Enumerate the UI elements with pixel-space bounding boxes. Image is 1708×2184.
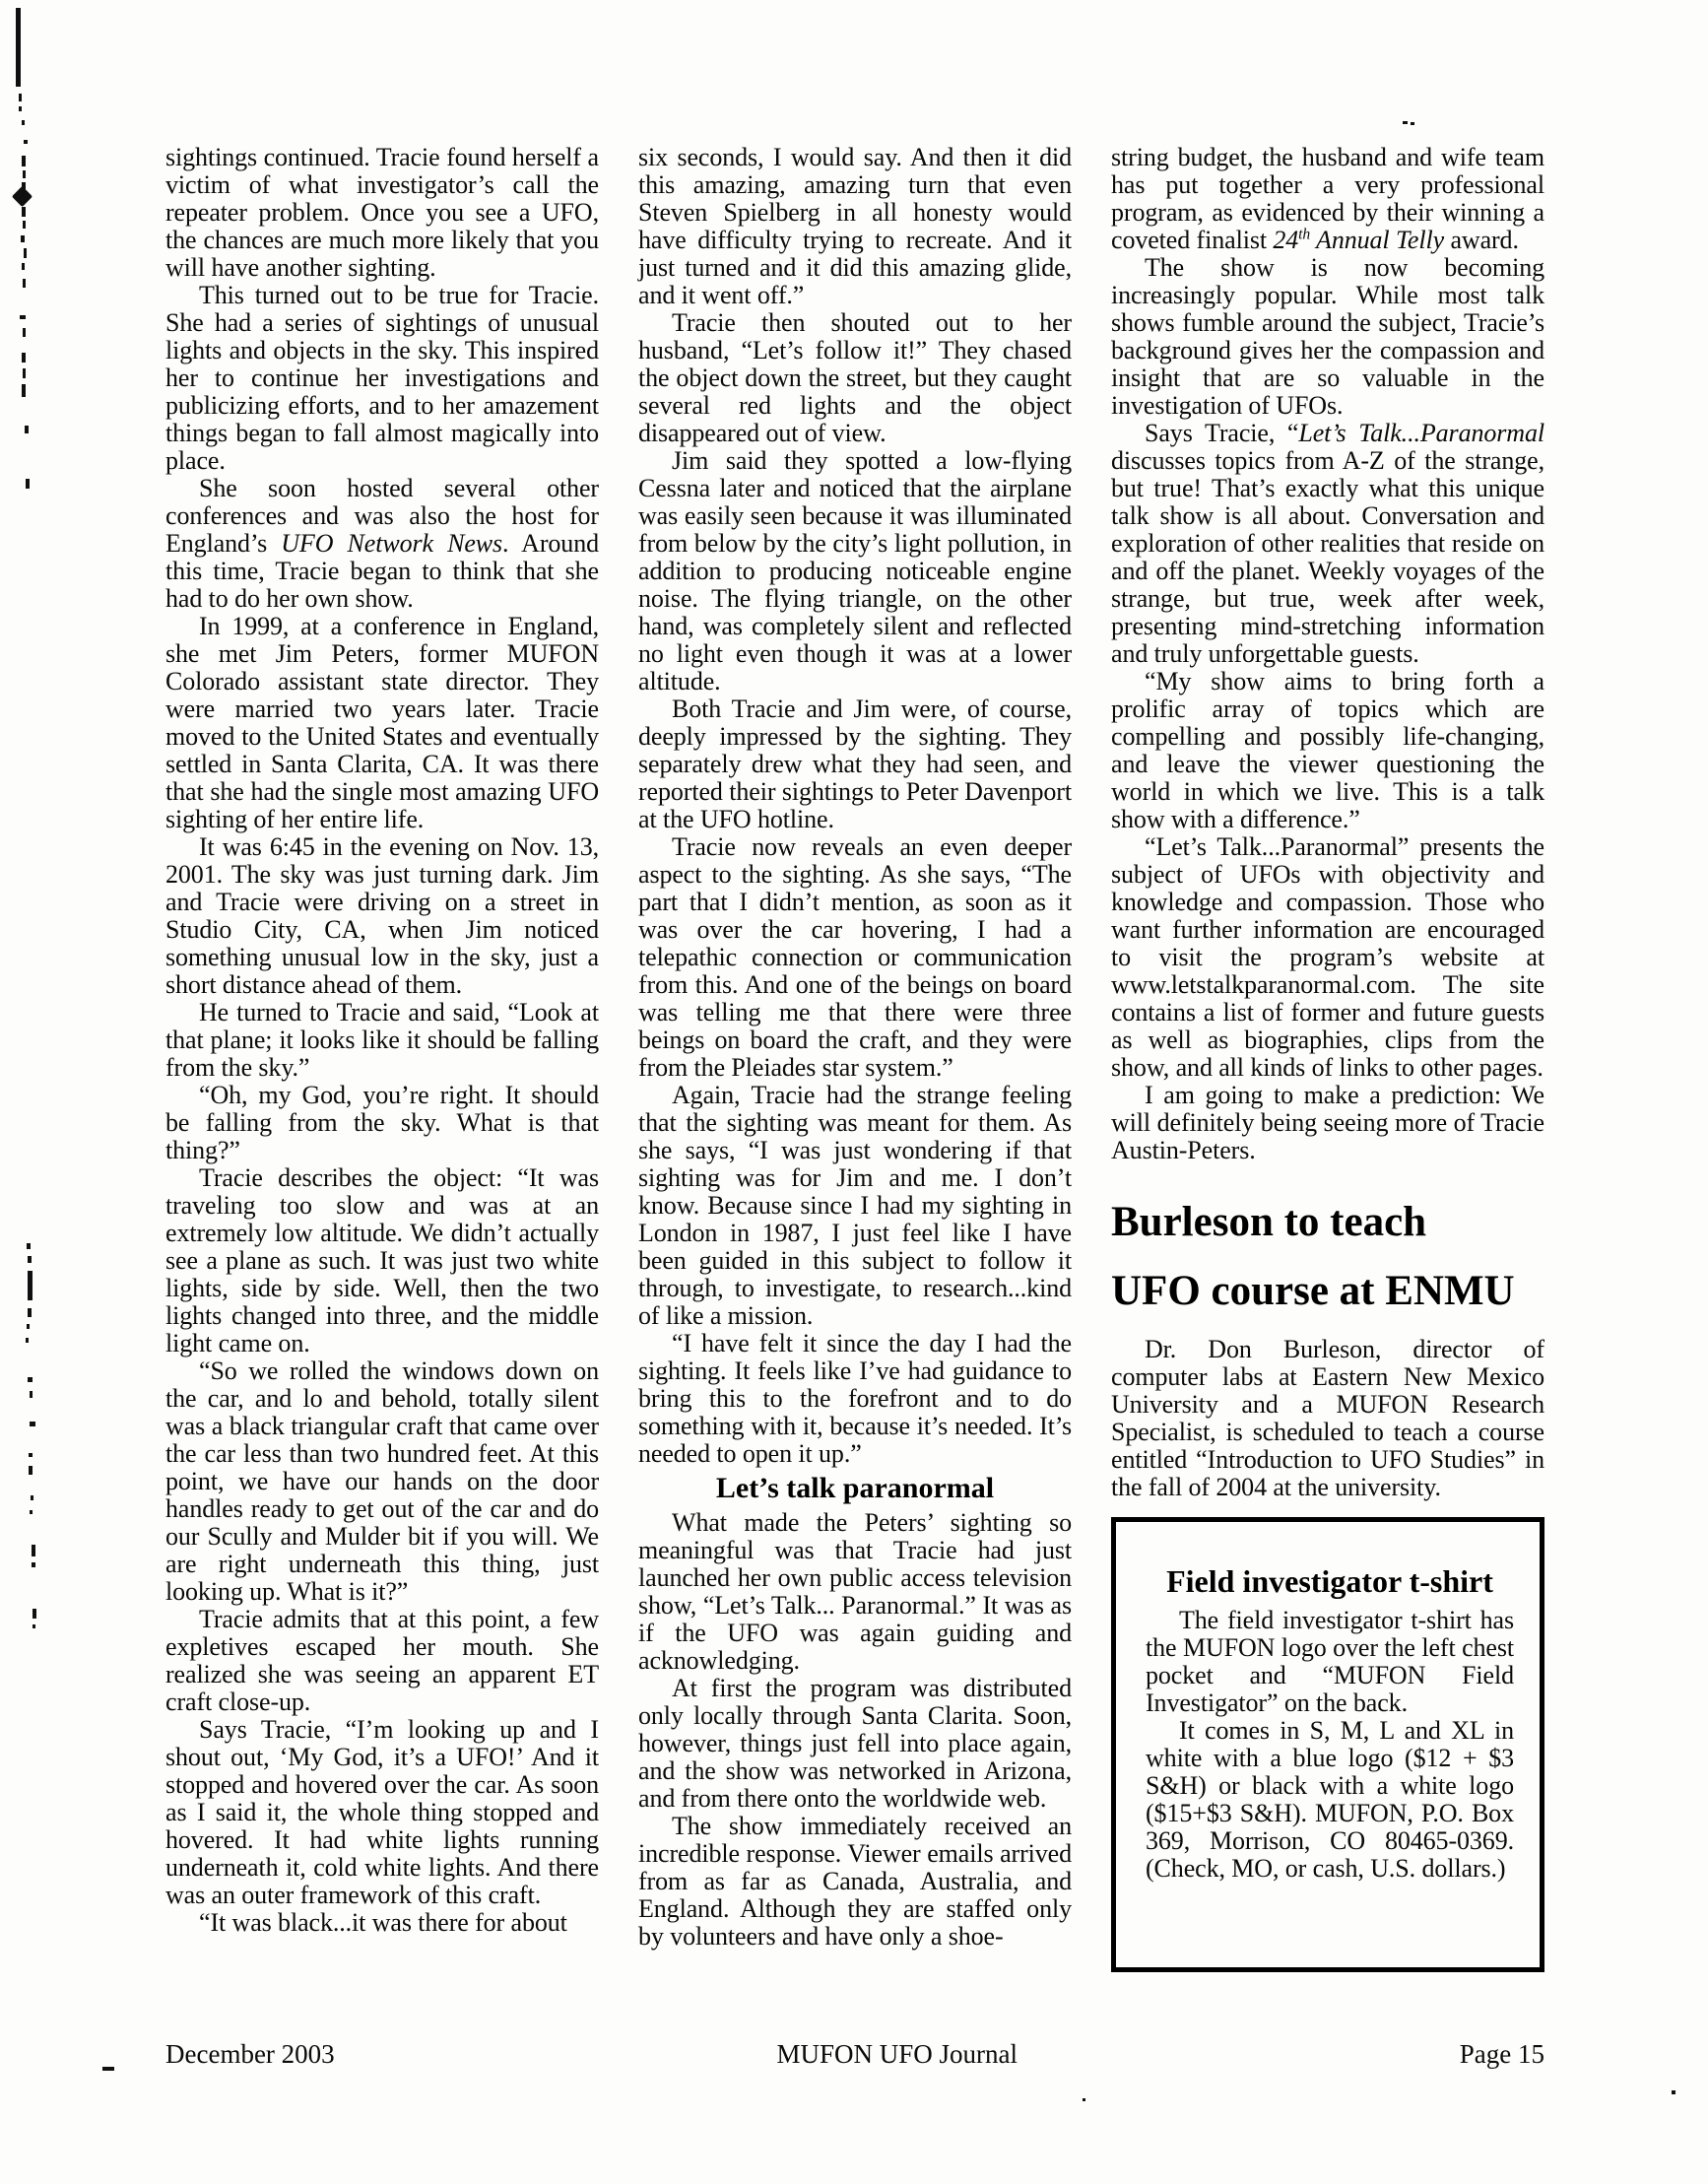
paragraph: Dr. Don Burleson, director of computer l… (1111, 1336, 1544, 1501)
scan-mark (30, 1391, 33, 1398)
italic-text: UFO Network News (281, 529, 502, 558)
paragraph: It was 6:45 in the evening on Nov. 13, 2… (165, 833, 599, 999)
paragraph: At first the program was distributed onl… (638, 1675, 1072, 1813)
scan-mark (22, 207, 26, 217)
scan-mark (28, 1308, 32, 1317)
scan-mark (30, 1422, 35, 1426)
scan-mark (1672, 2090, 1675, 2094)
paragraph: This turned out to be true for Tracie. S… (165, 282, 599, 475)
scan-mark (21, 235, 25, 242)
article-heading: Burleson to teachUFO course at ENMU (1111, 1188, 1544, 1326)
scan-mark (16, 8, 21, 87)
italic-text: Annual Telly (1310, 226, 1444, 254)
paragraph: Tracie admits that at this point, a few … (165, 1606, 599, 1716)
scan-mark (29, 1453, 33, 1457)
scan-mark (22, 156, 26, 166)
italic-text: 24 (1273, 226, 1298, 254)
scan-mark (19, 106, 22, 111)
paragraph: The field investigator t-shirt has the M… (1146, 1607, 1514, 1717)
scan-mark (27, 1324, 30, 1329)
scan-mark (27, 1243, 31, 1249)
column-2: six seconds, I would say. And then it di… (638, 144, 1072, 1972)
paragraph: Again, Tracie had the strange feeling th… (638, 1082, 1072, 1330)
sidebar-box: Field investigator t-shirtThe field inve… (1111, 1517, 1544, 1972)
paragraph: six seconds, I would say. And then it di… (638, 144, 1072, 309)
scan-mark (26, 1338, 29, 1343)
scan-mark (1411, 122, 1414, 125)
paragraph: What made the Peters’ sighting so meanin… (638, 1509, 1072, 1675)
paragraph: It comes in S, M, L and XL in white with… (1146, 1717, 1514, 1883)
scan-mark (24, 248, 27, 258)
scan-mark (22, 263, 25, 270)
scan-mark (23, 170, 26, 178)
paragraph: Says Tracie, “Let’s Talk...Paranormal di… (1111, 420, 1544, 668)
paragraph: sightings continued. Tracie found hersel… (165, 144, 599, 282)
scan-mark (102, 2067, 114, 2071)
paragraph: In 1999, at a conference in England, she… (165, 613, 599, 833)
paragraph: The show is now becoming increasingly po… (1111, 254, 1544, 420)
footer-journal-title: MUFON UFO Journal (776, 2039, 1018, 2070)
scan-mark (32, 1562, 35, 1567)
italic-text: Let’s Talk...Paranormal (1298, 419, 1544, 447)
scan-mark (22, 120, 25, 125)
scan-mark (25, 426, 29, 433)
scan-mark (23, 221, 26, 229)
scan-mark (1403, 121, 1408, 124)
paragraph: string budget, the husband and wife team… (1111, 144, 1544, 254)
paragraph: Tracie describes the object: “It was tra… (165, 1164, 599, 1357)
scan-mark (26, 479, 30, 489)
box-heading: Field investigator t-shirt (1146, 1563, 1514, 1599)
page-footer: December 2003 MUFON UFO Journal Page 15 (165, 2039, 1544, 2070)
italic-text: th (1298, 226, 1310, 242)
scan-mark (30, 1510, 33, 1514)
paragraph: I am going to make a prediction: We will… (1111, 1082, 1544, 1164)
scan-mark (24, 140, 28, 144)
scan-mark (1083, 2098, 1085, 2101)
scan-mark (32, 1545, 35, 1556)
diamond-artifact (12, 186, 33, 207)
column-3: string budget, the husband and wife team… (1111, 144, 1544, 1972)
scan-mark (28, 1271, 33, 1300)
paragraph: “So we rolled the windows down on the ca… (165, 1357, 599, 1606)
scan-mark (23, 368, 26, 378)
scan-mark (20, 315, 26, 319)
journal-page: sightings continued. Tracie found hersel… (0, 0, 1708, 2184)
paragraph: The show immediately received an incredi… (638, 1813, 1072, 1951)
scan-mark (29, 1466, 33, 1475)
paragraph: Tracie then shouted out to her husband, … (638, 309, 1072, 447)
paragraph: Tracie now reveals an even deeper aspect… (638, 833, 1072, 1082)
footer-page-number: Page 15 (1460, 2039, 1544, 2070)
paragraph: “My show aims to bring forth a prolific … (1111, 668, 1544, 833)
paragraph: He turned to Tracie and said, “Look at t… (165, 999, 599, 1082)
scan-mark (31, 1495, 33, 1500)
scan-mark (28, 1256, 32, 1263)
scan-mark (22, 353, 26, 363)
paragraph: “I have felt it since the day I had the … (638, 1330, 1072, 1468)
scan-mark (23, 279, 26, 288)
paragraph: Both Tracie and Jim were, of course, dee… (638, 695, 1072, 833)
scan-mark (28, 1377, 33, 1382)
article-columns: sightings continued. Tracie found hersel… (165, 144, 1544, 1972)
paragraph: Jim said they spotted a low-flying Cessn… (638, 447, 1072, 695)
paragraph: She soon hosted several other conference… (165, 475, 599, 613)
column-1: sightings continued. Tracie found hersel… (165, 144, 599, 1972)
paragraph: Says Tracie, “I’m looking up and I shout… (165, 1716, 599, 1909)
paragraph: “It was black...it was there for about (165, 1909, 599, 1937)
scan-mark (22, 384, 26, 397)
paragraph: “Oh, my God, you’re right. It should be … (165, 1082, 599, 1164)
scan-mark (33, 1624, 35, 1628)
scan-mark (23, 328, 26, 337)
section-heading: Let’s talk paranormal (638, 1472, 1072, 1505)
paragraph: “Let’s Talk...Paranormal” presents the s… (1111, 833, 1544, 1082)
superscript-text: th (1298, 226, 1310, 242)
footer-date: December 2003 (165, 2039, 335, 2070)
scan-mark (33, 1609, 36, 1619)
scan-mark (19, 94, 22, 101)
